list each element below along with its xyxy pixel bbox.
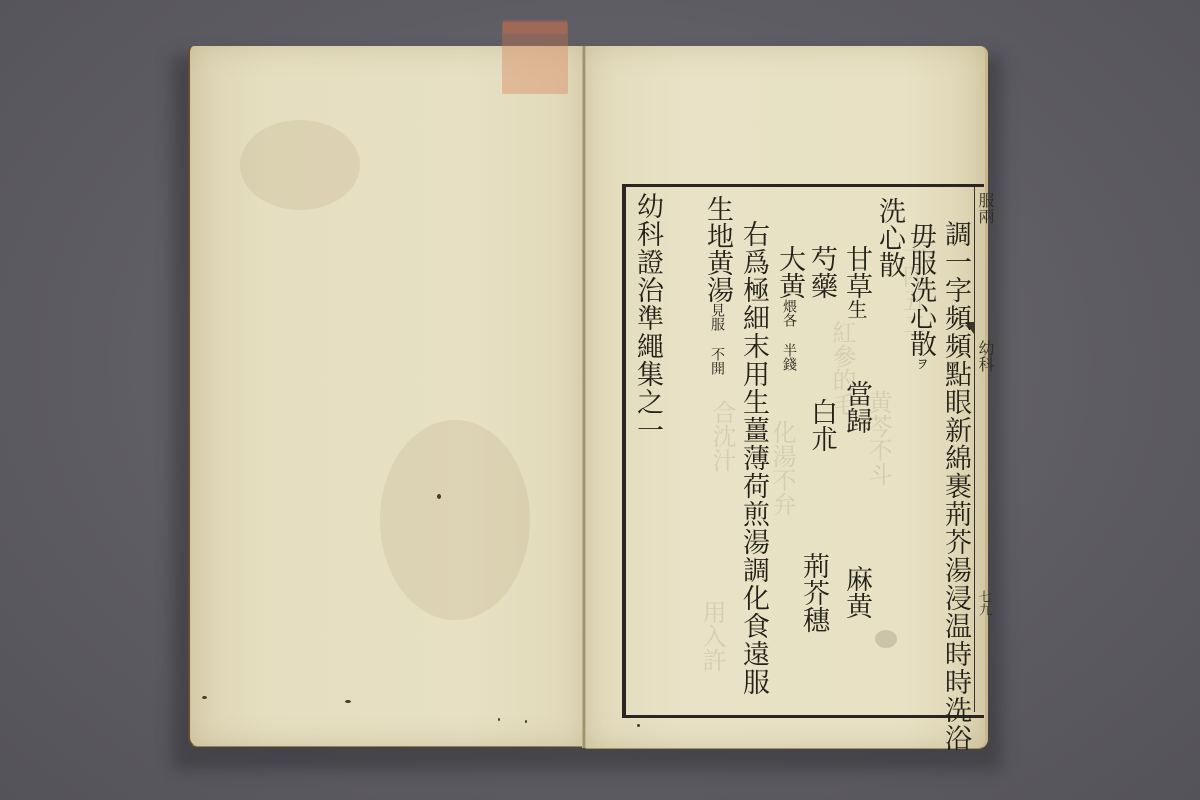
margin-label-fishtail: 幼科 [977,340,993,372]
column-2-kana-note: ヲ [913,357,928,370]
ingredient-gancao-name: 甘草 [841,245,872,299]
paper-speck [525,720,527,723]
text-column-2: 毋服洗心散ヲ [907,222,934,370]
ingredient-gancao-note: 生 [844,299,868,319]
ingredient-mahuang: 麻黄 [843,565,870,619]
paper-speck [498,718,500,721]
next-prescription-name: 生地黄湯 [702,195,733,303]
ingredient-jingjiesui: 荊芥穗 [800,552,827,633]
banxin-divider [974,187,975,712]
paper-speck [345,700,351,703]
column-2-text: 毋服洗心散 [905,222,936,357]
margin-label-page-number: 七九 [977,590,990,616]
ingredient-dahuang-name: 大黄 [774,245,805,299]
ingredient-shaoyao: 芍藥 [808,245,835,299]
next-prescription-note: 見服 不開 [709,303,725,375]
paper-speck [202,696,207,699]
next-prescription: 生地黄湯見服 不開 [704,195,731,375]
ingredient-dahuang: 大黄煨各 半錢 [776,245,803,371]
paper-speck [437,494,441,499]
paper-speck [637,724,640,727]
paper-stain [380,420,530,620]
book-gutter [582,46,586,748]
library-seal-stamp [502,22,568,94]
ingredient-gancao: 甘草生 [843,245,870,319]
margin-label-top: 服兩 [977,192,993,224]
ingredient-danggui: 當歸 [843,380,870,434]
paper-stain [240,120,360,210]
preparation-instructions: 右爲極細末用生薑薄荷煎湯調化食遠服 [740,220,767,696]
ingredient-dahuang-note: 煨各 半錢 [781,299,797,371]
prescription-title: 洗心散 [876,197,903,278]
book-title-column: 幼科證治準繩集之一 [634,192,661,444]
ingredient-baizhu: 白朮 [808,398,835,452]
text-column-1: 調一字頻頻點眼新綿裹荊芥湯浸温時時洗浴 [942,220,969,752]
